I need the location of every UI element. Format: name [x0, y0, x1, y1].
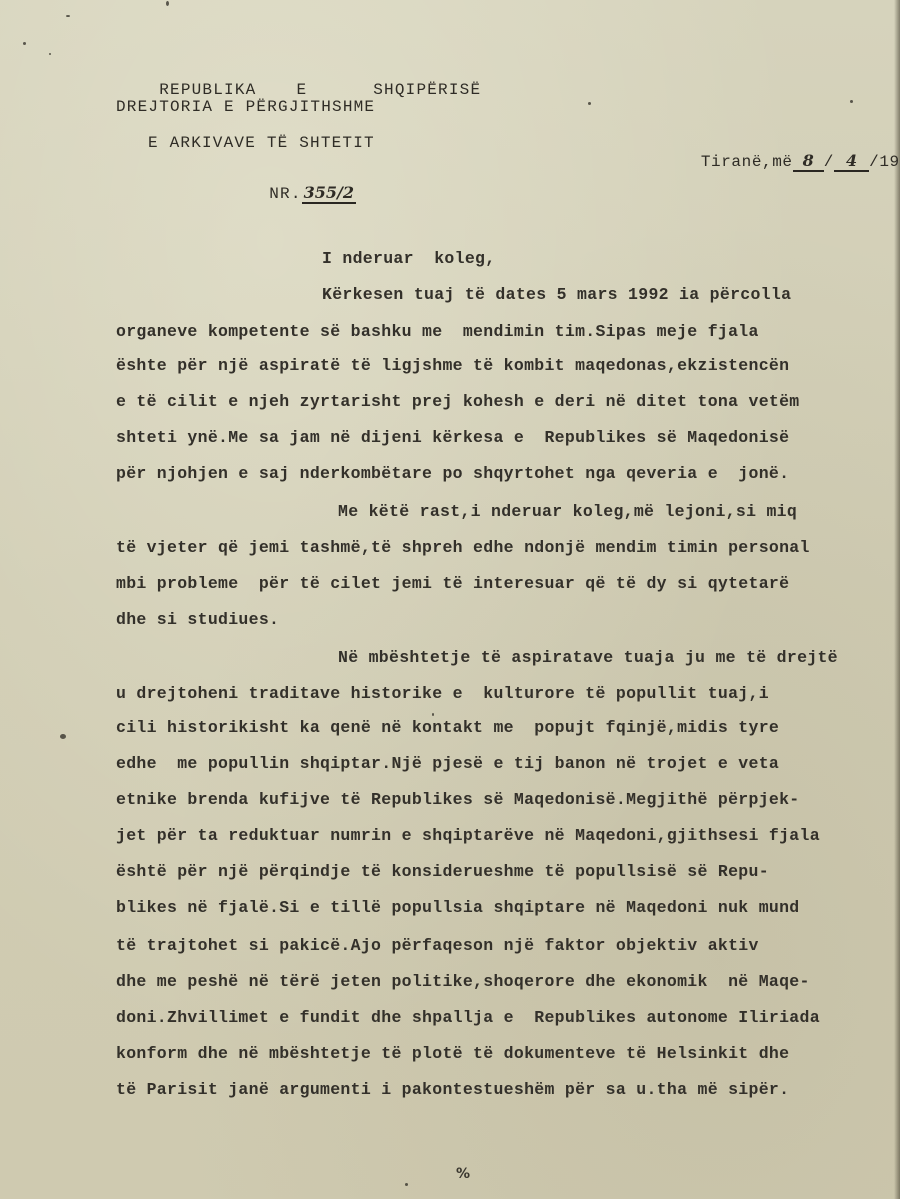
body-line: Në mbështetje të aspiratave tuaja ju me …	[338, 648, 838, 667]
dust-speck	[405, 1183, 408, 1186]
body-line: të Parisit janë argumenti i pakontestues…	[116, 1080, 789, 1099]
dust-speck	[66, 15, 70, 17]
letterhead-shqiperise: SHQIPËRISË	[373, 81, 481, 99]
body-line: dhe si studiues.	[116, 610, 279, 629]
body-line: organeve kompetente së bashku me mendimi…	[116, 322, 759, 341]
body-line: për njohjen e saj nderkombëtare po shqyr…	[116, 464, 789, 483]
body-line: jet për ta reduktuar numrin e shqiptarëv…	[116, 826, 820, 845]
body-line: të vjeter që jemi tashmë,të shpreh edhe …	[116, 538, 810, 557]
handwritten-reference-number: 355/2	[302, 183, 356, 204]
body-line: e të cilit e njeh zyrtarisht prej kohesh…	[116, 392, 800, 411]
body-line: të trajtohet si pakicë.Ajo përfaqeson nj…	[116, 936, 759, 955]
body-line: blikes në fjalë.Si e tillë popullsia shq…	[116, 898, 800, 917]
body-line: Kërkesen tuaj të dates 5 mars 1992 ia pë…	[322, 285, 791, 304]
body-line: doni.Zhvillimet e fundit dhe shpallja e …	[116, 1008, 820, 1027]
dust-speck	[23, 42, 26, 45]
dateline-place: Tiranë,më	[701, 153, 793, 171]
body-line: mbi probleme për të cilet jemi të intere…	[116, 574, 789, 593]
letterhead-republika: REPUBLIKA	[159, 81, 256, 99]
page-mark: %	[456, 1166, 470, 1182]
dust-speck	[60, 734, 66, 739]
dust-speck	[588, 102, 591, 105]
letterhead-line-2: DREJTORIA E PËRGJITHSHME	[116, 98, 375, 116]
body-line: konform dhe në mbështetje të plotë të do…	[116, 1044, 789, 1063]
body-line: shteti ynë.Me sa jam në dijeni kërkesa e…	[116, 428, 789, 447]
dateline-year: /1992	[869, 153, 900, 171]
scanned-letter-page: REPUBLIKAESHQIPËRISË DREJTORIA E PËRGJIT…	[0, 0, 900, 1199]
body-line: është për një përqindje të konsiderueshm…	[116, 862, 769, 881]
body-line: ështe për një aspiratë të ligjshme të ko…	[116, 356, 789, 375]
dust-speck	[49, 53, 51, 55]
body-line: edhe me popullin shqiptar.Një pjesë e ti…	[116, 754, 779, 773]
body-line: cili historikisht ka qenë në kontakt me …	[116, 718, 779, 737]
body-line: u drejtoheni traditave historike e kultu…	[116, 684, 769, 703]
reference-number: NR.355/2	[226, 165, 356, 221]
dust-speck	[850, 100, 853, 103]
salutation: I nderuar koleg,	[322, 249, 495, 268]
letterhead-e: E	[296, 81, 307, 99]
body-line: Me këtë rast,i nderuar koleg,më lejoni,s…	[338, 502, 797, 521]
dust-speck	[166, 1, 169, 6]
dust-speck	[432, 713, 434, 716]
handwritten-month: 4	[834, 151, 869, 172]
letterhead-line-3: E ARKIVAVE TË SHTETIT	[148, 134, 375, 152]
body-line: etnike brenda kufijve të Republikes së M…	[116, 790, 800, 809]
body-line: dhe me peshë në tërë jeten politike,shoq…	[116, 972, 810, 991]
handwritten-day: 8	[793, 151, 824, 172]
dateline: Tiranë,më8/4/1992	[660, 133, 900, 189]
reference-prefix: NR.	[269, 185, 301, 203]
